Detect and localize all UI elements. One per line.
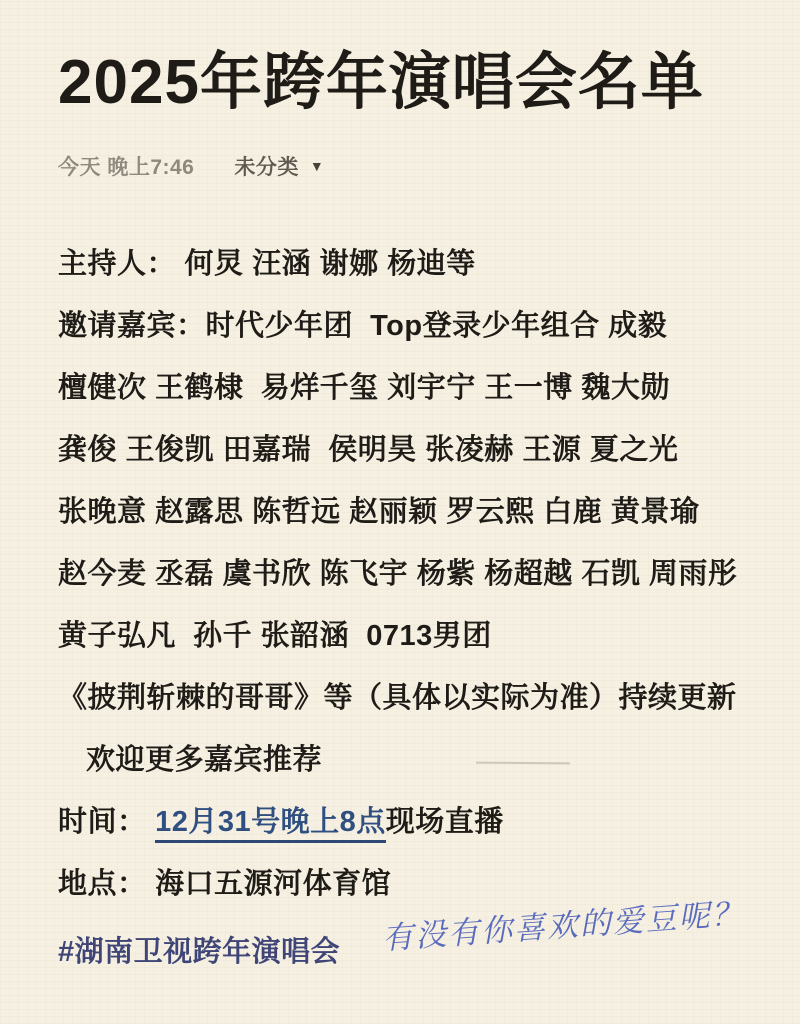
time-suffix: 现场直播 — [386, 806, 504, 838]
bottom-row: #湖南卫视跨年演唱会 有没有你喜欢的爱豆呢？ — [58, 929, 760, 970]
category-label: 未分类 — [234, 151, 299, 181]
note-timestamp: 今天 晚上7:46 — [58, 151, 194, 181]
note-page: 2025年跨年演唱会名单 今天 晚上7:46 未分类 ▼ 主持人： 何炅 汪涵 … — [0, 0, 800, 1024]
location-label: 地点： — [58, 868, 155, 900]
guest-line-4: 张晚意 赵露思 陈哲远 赵丽颖 罗云熙 白鹿 黄景瑜 — [58, 495, 760, 529]
guest-line-2: 檀健次 王鹤棣 易烊千玺 刘宇宁 王一博 魏大勋 — [58, 371, 760, 405]
guest-line-6: 黄子弘凡 孙千 张韶涵 0713男团 — [58, 619, 760, 653]
time-line: 时间： 12月31号晚上8点现场直播 — [58, 805, 760, 839]
guest-line-1: 邀请嘉宾：时代少年团 Top登录少年组合 成毅 — [58, 309, 760, 343]
time-highlight-link[interactable]: 12月31号晚上8点 — [155, 806, 386, 843]
note-body: 主持人： 何炅 汪涵 谢娜 杨迪等 邀请嘉宾：时代少年团 Top登录少年组合 成… — [58, 247, 760, 970]
hashtag-link[interactable]: #湖南卫视跨年演唱会 — [58, 929, 340, 970]
host-line: 主持人： 何炅 汪涵 谢娜 杨迪等 — [58, 247, 760, 281]
note-meta: 今天 晚上7:46 未分类 ▼ — [58, 151, 800, 181]
category-dropdown[interactable]: 未分类 ▼ — [234, 151, 324, 181]
guest-line-5: 赵今麦 丞磊 虞书欣 陈飞宇 杨紫 杨超越 石凯 周雨彤 — [58, 557, 760, 591]
guest-invite-line: 欢迎更多嘉宾推荐 — [58, 743, 760, 777]
chevron-down-icon: ▼ — [310, 159, 324, 173]
page-title: 2025年跨年演唱会名单 — [0, 0, 800, 124]
location-value: 海口五源河体育馆 — [155, 868, 391, 900]
guest-line-3: 龚俊 王俊凯 田嘉瑞 侯明昊 张凌赫 王源 夏之光 — [58, 433, 760, 467]
time-label: 时间： — [58, 806, 155, 838]
update-note-line: 《披荆斩棘的哥哥》等（具体以实际为准）持续更新 — [58, 681, 760, 715]
